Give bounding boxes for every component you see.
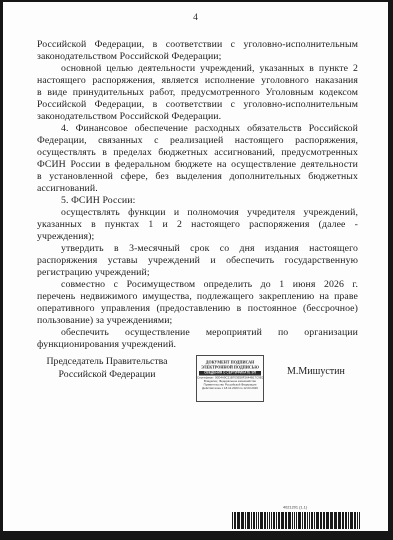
stamp-certificate-details: Сертификат: 00D4A9C21B703E58F2644B17C9E0… — [197, 376, 263, 390]
text-line: Российской Федерации, в соответствии с у… — [37, 99, 358, 111]
signature-name: М.Мишустин — [287, 366, 359, 377]
text-line: обеспечить осуществление мероприятий по … — [37, 327, 358, 339]
barcode — [232, 512, 360, 529]
signature-title: Председатель Правительства Российской Фе… — [41, 356, 173, 381]
text-line: законодательством Российской Федерации; — [37, 51, 358, 63]
signature-title-line2: Российской Федерации — [41, 369, 173, 382]
text-line: оперативного управления (предоставлению … — [37, 303, 358, 315]
text-line: Российской Федерации, в соответствии с у… — [37, 39, 358, 51]
text-line: осуществлять функции и полномочия учреди… — [37, 207, 358, 219]
text-line: осуществлять в пределах бюджетных ассигн… — [37, 147, 358, 159]
text-line: 4. Финансовое обеспечение расходных обяз… — [37, 123, 358, 135]
text-line: настоящего распоряжения, является исполн… — [37, 75, 358, 87]
text-line: ФСИН России в федеральном бюджете на осу… — [37, 159, 358, 171]
text-line: в установленной сфере, без выделения доп… — [37, 171, 358, 183]
scan-frame: 4 Российской Федерации, в соответствии с… — [0, 0, 393, 540]
stamp-header-line2: ЭЛЕКТРОННОЙ ПОДПИСЬЮ — [197, 365, 263, 370]
text-line: 5. ФСИН России: — [37, 195, 358, 207]
text-line: совместно с Росимуществом определить до … — [37, 279, 358, 291]
text-line: утвердить в 3-месячный срок со дня издан… — [37, 243, 358, 255]
text-line: регистрацию учреждений; — [37, 267, 358, 279]
signature-title-line1: Председатель Правительства — [41, 356, 173, 369]
text-line: функционирования учреждений. — [37, 339, 358, 351]
text-line: Федерации, связанных с реализацией насто… — [37, 135, 358, 147]
esignature-stamp-content: ДОКУМЕНТ ПОДПИСАН ЭЛЕКТРОННОЙ ПОДПИСЬЮ С… — [197, 360, 263, 402]
text-line: в виде принудительных работ, предусмотре… — [37, 87, 358, 99]
stamp-certificate-band: СВЕДЕНИЯ О СЕРТИФИКАТЕ ЭП — [199, 371, 261, 375]
barcode-label: 4021201 (1.1) — [265, 506, 326, 510]
text-line: распоряжения уставы учреждений и обеспеч… — [37, 255, 358, 267]
document-body: Российской Федерации, в соответствии с у… — [37, 39, 358, 351]
text-line: основной целью деятельности учреждений, … — [37, 63, 358, 75]
document-page: 4 Российской Федерации, в соответствии с… — [3, 2, 388, 531]
text-line: пользование) за учреждениями; — [37, 315, 358, 327]
page-number: 4 — [3, 13, 388, 23]
text-line: законодательством Российской Федерации. — [37, 111, 358, 123]
text-line: перечень недвижимого имущества, подлежащ… — [37, 291, 358, 303]
stamp-detail-line: Действителен с 18.12.2023 по 12.03.2026 — [197, 387, 263, 391]
text-line: ассигнований. — [37, 183, 358, 195]
text-line: указанных в пунктах 1 и 2 настоящего рас… — [37, 219, 358, 243]
esignature-stamp: ДОКУМЕНТ ПОДПИСАН ЭЛЕКТРОННОЙ ПОДПИСЬЮ С… — [196, 355, 264, 402]
